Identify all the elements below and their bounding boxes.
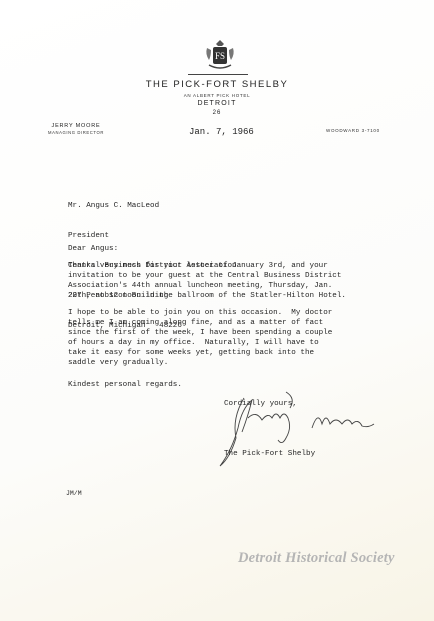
postal-zone: 26 [0, 110, 434, 116]
director-title: MANAGING DIRECTOR [40, 130, 112, 135]
body-paragraph-2: I hope to be able to join you on this oc… [68, 308, 332, 368]
signer-company: The Pick-Fort Shelby [224, 450, 315, 458]
hotel-subtitle: AN ALBERT PICK HOTEL [0, 93, 434, 98]
watermark: Detroit Historical Society [238, 550, 395, 567]
closing-line: Kindest personal regards. [68, 380, 182, 390]
body-paragraph-1: Thanks very much for your letter of Janu… [68, 261, 346, 301]
letter-page: FS THE PICK-FORT SHELBY AN ALBERT PICK H… [0, 0, 434, 621]
handwritten-signature [212, 388, 382, 478]
reference-initials: JM/M [66, 490, 82, 497]
address-line: Mr. Angus C. MacLeod [68, 201, 237, 211]
letterhead-rule [188, 74, 248, 75]
address-line: President [68, 231, 237, 241]
director-name: JERRY MOORE [44, 123, 108, 129]
salutation: Dear Angus: [68, 244, 118, 254]
letter-date: Jan. 7, 1966 [189, 127, 254, 137]
hotel-phone: WOODWARD 3-7100 [326, 128, 380, 133]
hotel-crest-icon: FS [201, 38, 239, 72]
hotel-name: THE PICK-FORT SHELBY [0, 79, 434, 90]
svg-text:FS: FS [215, 51, 225, 61]
hotel-city: DETROIT [0, 100, 434, 107]
